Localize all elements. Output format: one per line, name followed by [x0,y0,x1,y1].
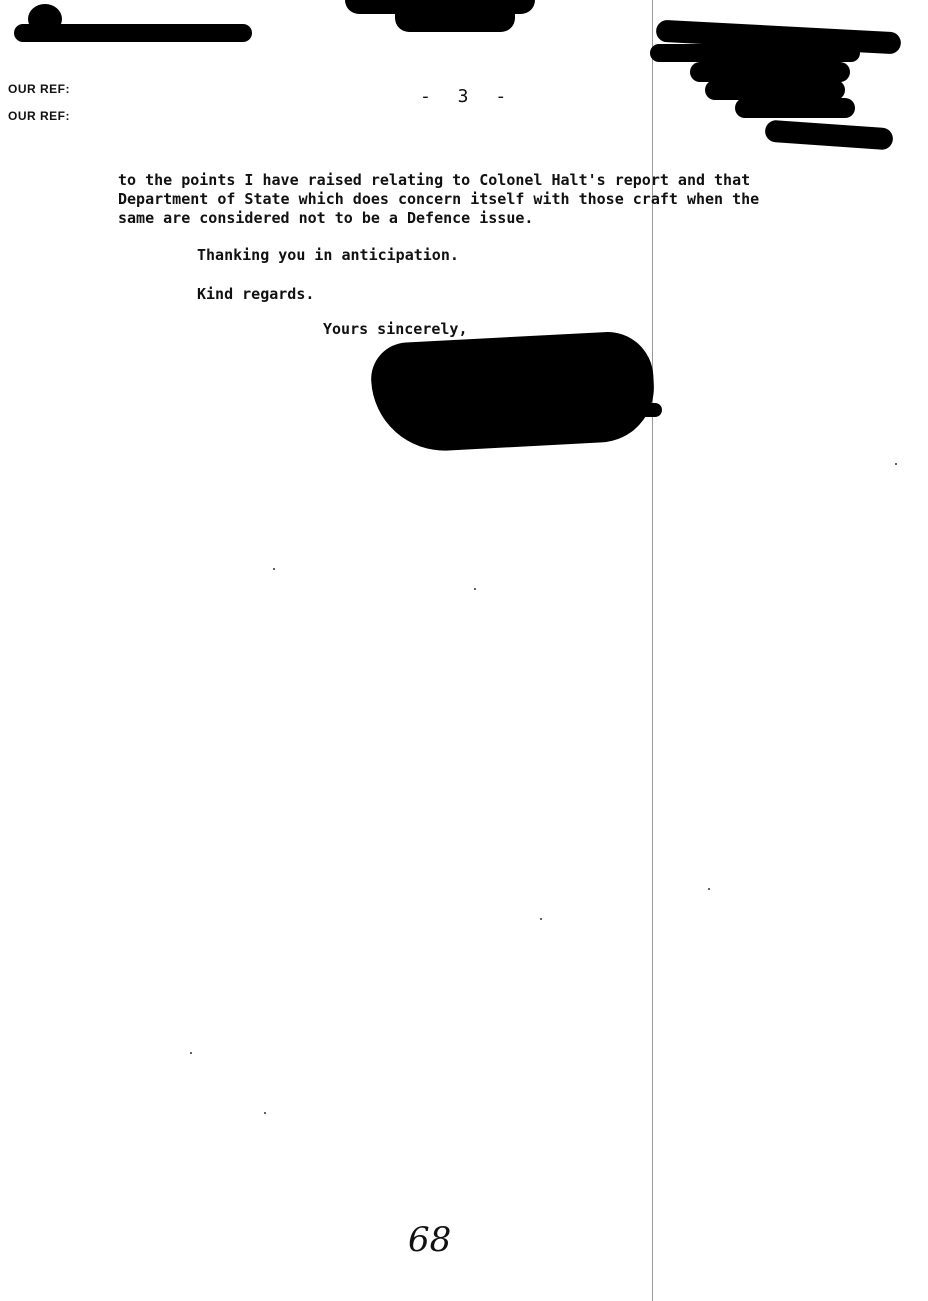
scan-speck [264,1112,266,1114]
scan-speck [190,1052,192,1054]
your-ref-label: OUR REF: [8,82,70,96]
letter-body-paragraph: to the points I have raised relating to … [118,171,818,228]
scan-speck [895,463,897,465]
handwritten-page-number: 68 [408,1220,451,1260]
our-ref-label: OUR REF: [8,109,70,123]
scan-speck [708,888,710,890]
scan-speck [474,588,476,590]
regards-line: Kind regards. [197,285,314,303]
thanks-line: Thanking you in anticipation. [197,246,459,264]
page-number: - 3 - [420,86,514,107]
closing-line: Yours sincerely, [323,320,468,338]
scan-speck [273,568,275,570]
scan-speck [540,918,542,920]
